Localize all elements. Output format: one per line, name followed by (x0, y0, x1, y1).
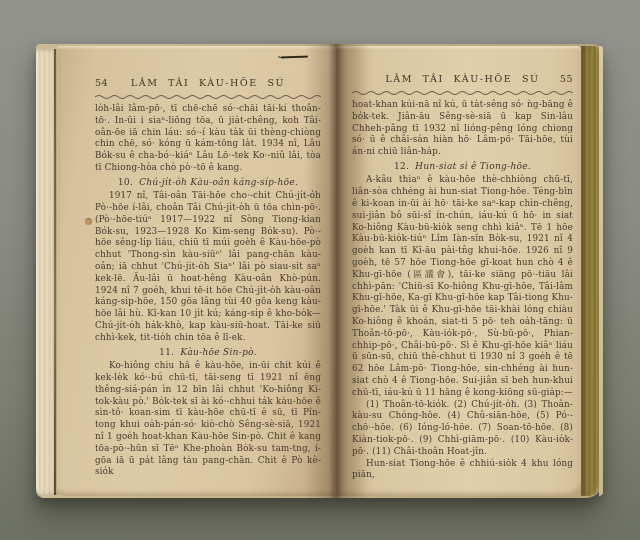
page-edge-shadow-line (54, 49, 56, 495)
paragraph: Hun-siat Tiong-hōe ê chhiú-sio̍k 4 khu l… (352, 459, 573, 483)
section-title: Chú-ji̍t-o̍h Kàu-oân káng-si̍p-hōe. (139, 178, 298, 188)
section-heading: 10.Chú-ji̍t-o̍h Kàu-oân káng-si̍p-hōe. (95, 178, 321, 188)
section-number: 10. (118, 178, 133, 188)
book-photo: 54 LÂM TÂI KÀU-HŌE SÚ lo̍h-lâi lâm-pō·, … (0, 0, 640, 540)
section-title: Hun-siat sì ê Tiong-hōe. (415, 162, 531, 172)
left-page-text: 54 LÂM TÂI KÀU-HŌE SÚ lo̍h-lâi lâm-pō·, … (95, 78, 321, 479)
open-book: 54 LÂM TÂI KÀU-HŌE SÚ lo̍h-lâi lâm-pō·, … (36, 44, 602, 498)
header-rule (95, 93, 321, 99)
paragraph: hoat-khan kúi-nā nî kú, ū ta̍t-sêng só· … (352, 100, 573, 159)
right-page-edge-stack (581, 46, 602, 496)
page-number: 55 (549, 74, 573, 85)
paragraph: Ko-hiông chiu hā ê kàu-hōe, in-ūi chit k… (95, 361, 321, 479)
section-number: 11. (159, 348, 174, 358)
right-page-text: LÂM TÂI KÀU-HŌE SÚ 55 hoat-khan kúi-nā n… (352, 74, 573, 482)
header-rule (352, 89, 573, 95)
paragraph: 1917 nî, Tâi-oân Tāi-hōe cho·-chit Chú-j… (95, 191, 321, 344)
section-heading: 12.Hun-siat sì ê Tiong-hōe. (352, 162, 573, 172)
right-page-header: LÂM TÂI KÀU-HŌE SÚ 55 (352, 74, 573, 87)
section-number: 12. (394, 162, 409, 172)
left-page-header: 54 LÂM TÂI KÀU-HŌE SÚ (95, 78, 321, 91)
paragraph-list: (1) Thoân-tō-kio̍k. (2) Chú-ji̍t-o̍h. (3… (352, 400, 573, 459)
paragraph: A-kâu thiaⁿ ê kàu-hōe thè-chhiòng chū-tī… (352, 175, 573, 399)
paragraph: lo̍h-lâi lâm-pō·, tī chē-chē só·-chāi tā… (95, 104, 321, 175)
section-title: Kàu-hōe Sin-pò. (180, 348, 257, 358)
left-page-edge-stack (36, 49, 58, 495)
right-cover-lip (599, 46, 603, 496)
running-title: LÂM TÂI KÀU-HŌE SÚ (376, 74, 549, 85)
page-hole-spot (85, 218, 92, 225)
running-title: LÂM TÂI KÀU-HŌE SÚ (119, 78, 297, 89)
section-heading: 11.Kàu-hōe Sin-pò. (95, 348, 321, 358)
page-number: 54 (95, 78, 119, 89)
